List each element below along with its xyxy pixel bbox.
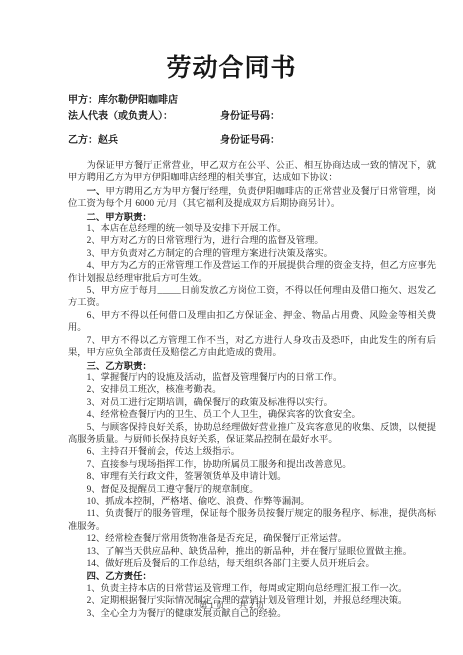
party-a-row: 甲方：库尔勒伊阳咖啡店 xyxy=(68,93,436,109)
list-item: 4、甲方为乙方的正常管理工作及营运工作的开展提供合理的资金支持，但乙方应事先作计… xyxy=(68,260,436,285)
section-heading-party-b-responsibility: 四、乙方责任： xyxy=(68,570,436,582)
list-item: 6、甲方不得以任何借口及理由扣乙方保证金、押金、物品占用费、风险金等相关费用。 xyxy=(68,310,436,335)
intro-paragraph: 为保证甲方餐厅正常营业，甲乙双方在公平、公正、相互协商达成一致的情况下，就甲方聘… xyxy=(68,160,436,185)
list-item: 3、甲方负责对乙方制定的合理的管理方案进行决策及落实。 xyxy=(68,248,436,260)
legal-rep-label: 法人代表（或负责人）： xyxy=(68,111,173,122)
list-item: 2、安排员工班次，核准考勤表。 xyxy=(68,384,436,396)
clause-one-label: 一、 xyxy=(87,186,106,196)
page-number: 第 1 页 xyxy=(199,600,225,610)
list-item: 7、甲方不得以乙方管理工作不当，对乙方进行人身攻击及恐吓，由此发生的所有后果，甲… xyxy=(68,335,436,360)
list-item: 1、负责主持本店的日常营运及管理工作，每周或定期向总经理汇报工作一次。 xyxy=(68,583,436,595)
list-item: 5、与顾客保持良好关系，协助总经理做好营业推广及宾客意见的收集、反馈，以便提高服… xyxy=(68,422,436,447)
list-item: 2、甲方对乙方的日常管理行为，进行合理的监督及管理。 xyxy=(68,235,436,247)
list-item: 12、经常检查餐厅常用货物准备是否充足，确保餐厅正常运营。 xyxy=(68,533,436,545)
id-number-label-b: 身份证号码： xyxy=(220,133,280,149)
list-item: 3、对员工进行定期培训，确保餐厅的政策及标准得以实行。 xyxy=(68,397,436,409)
list-item: 10、抓成本控制，严格堵、偷吃、浪费、作弊等漏洞。 xyxy=(68,496,436,508)
document-title: 劳动合同书 xyxy=(0,0,463,82)
list-item: 1、掌握餐厅内的设施及活动，监督及管理餐厅内的日常工作。 xyxy=(68,372,436,384)
list-item: 11、负责餐厅的服务管理，保证每个服务员按餐厅规定的服务程序、标准，提供高标准服… xyxy=(68,508,436,533)
list-item: 14、做好班后及餐后的工作总结，每天组织各部门主要人员开班后会。 xyxy=(68,558,436,570)
section-heading-party-a-duties: 二、甲方职责： xyxy=(68,211,436,223)
legal-rep-row: 法人代表（或负责人）： 身份证号码： xyxy=(68,109,436,125)
contract-page: 劳动合同书 甲方：库尔勒伊阳咖啡店 法人代表（或负责人）： 身份证号码： 乙方：… xyxy=(0,0,463,655)
clause-one-text: 甲方聘用乙方为甲方餐厅经理，负责伊阳咖啡店的正常营业及餐厅日常管理，岗位工资为每… xyxy=(68,187,436,209)
list-item: 6、主持召开餐前会，传达上级指示。 xyxy=(68,446,436,458)
clause-one-paragraph: 一、甲方聘用乙方为甲方餐厅经理，负责伊阳咖啡店的正常营业及餐厅日常管理，岗位工资… xyxy=(68,185,436,211)
list-item: 13、了解当天供应品种、缺货品种，推出的新品种，并在餐厅显眼位置做主推。 xyxy=(68,546,436,558)
contract-body: 为保证甲方餐厅正常营业，甲乙双方在公平、公正、相互协商达成一致的情况下，就甲方聘… xyxy=(68,160,436,620)
page-total: 共 2 页 xyxy=(239,600,265,610)
list-item: 5、甲方应于每月_____日前发放乙方岗位工资，不得以任何理由及借口拖欠、迟发乙… xyxy=(68,285,436,310)
list-item: 8、审理有关行政文件，签署领货单及申请计划。 xyxy=(68,471,436,483)
section-heading-party-b-duties: 三、乙方职责： xyxy=(68,360,436,372)
page-footer: 第 1 页共 2 页 xyxy=(0,599,463,611)
list-item: 4、经常检查餐厅内的卫生、员工个人卫生，确保宾客的饮食安全。 xyxy=(68,409,436,421)
list-item: 1、本店在总经理的统一领导及安排下开展工作。 xyxy=(68,223,436,235)
party-b-label: 乙方：赵兵 xyxy=(68,135,118,146)
list-item: 9、督促及提醒员工遵守餐厅的规章制度。 xyxy=(68,484,436,496)
parties-block: 甲方：库尔勒伊阳咖啡店 法人代表（或负责人）： 身份证号码： 乙方：赵兵 身份证… xyxy=(68,93,436,149)
party-b-row: 乙方：赵兵 身份证号码： xyxy=(68,133,436,149)
party-a-label: 甲方：库尔勒伊阳咖啡店 xyxy=(68,95,178,106)
list-item: 7、直接参与现场指挥工作，协助所属员工服务和提出改善意见。 xyxy=(68,459,436,471)
id-number-label-a: 身份证号码： xyxy=(220,109,280,125)
